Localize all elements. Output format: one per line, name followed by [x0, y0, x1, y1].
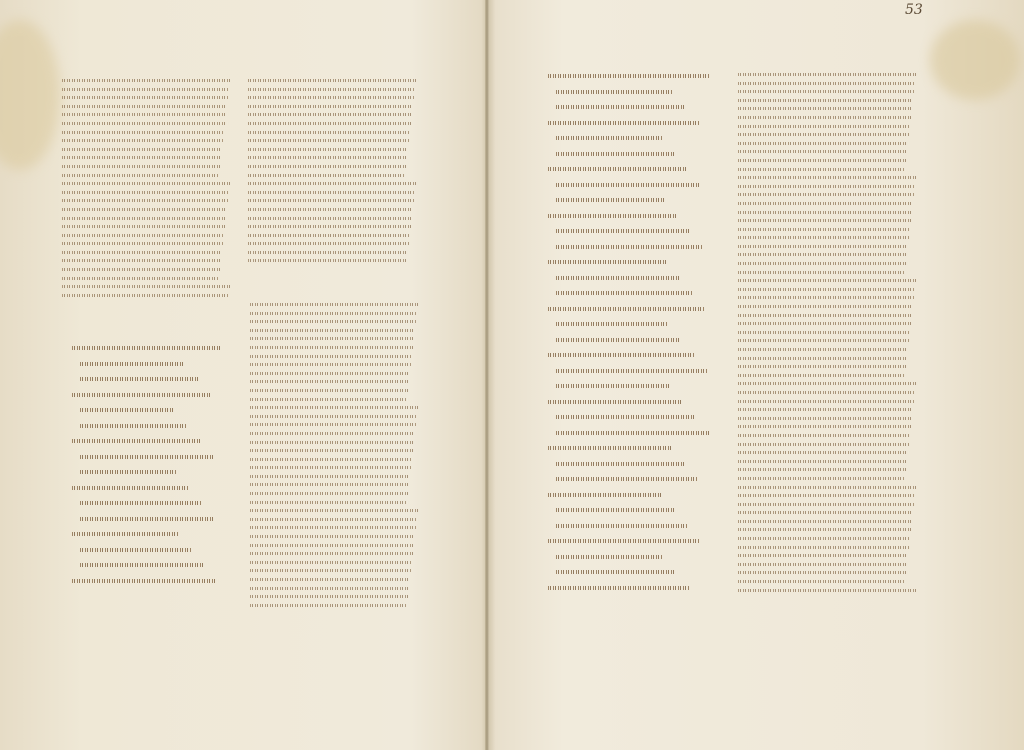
left-prose-top-right: [248, 76, 416, 266]
script-line: [738, 474, 916, 483]
left-verse: [72, 340, 232, 600]
script-line: [738, 156, 916, 165]
script-line: [250, 429, 418, 438]
script-line: [250, 463, 418, 472]
script-line: [738, 500, 916, 509]
script-line: [548, 254, 720, 270]
script-line: [738, 70, 916, 79]
script-line: [556, 378, 720, 394]
script-line: [62, 93, 230, 102]
stain-top-left: [0, 20, 60, 170]
script-line: [738, 268, 916, 277]
script-line: [62, 214, 230, 223]
script-line: [548, 208, 720, 224]
script-line: [62, 248, 230, 257]
script-line: [250, 532, 418, 541]
script-line: [250, 506, 418, 515]
script-line: [250, 549, 418, 558]
script-line: [556, 146, 720, 162]
script-line: [738, 147, 916, 156]
script-line: [250, 377, 418, 386]
script-line: [72, 573, 232, 589]
script-line: [250, 403, 418, 412]
script-line: [62, 102, 230, 111]
script-line: [556, 99, 720, 115]
script-line: [556, 316, 720, 332]
script-line: [556, 270, 720, 286]
script-line: [738, 534, 916, 543]
script-line: [556, 518, 720, 534]
script-line: [738, 259, 916, 268]
script-line: [80, 449, 232, 465]
script-line: [62, 145, 230, 154]
script-line: [738, 388, 916, 397]
script-line: [250, 412, 418, 421]
script-line: [738, 414, 916, 423]
script-line: [548, 440, 720, 456]
left-prose-bottom-right: [250, 300, 418, 610]
script-line: [738, 233, 916, 242]
script-line: [738, 465, 916, 474]
script-line: [556, 471, 720, 487]
script-line: [556, 192, 720, 208]
script-line: [738, 568, 916, 577]
script-line: [556, 502, 720, 518]
script-line: [80, 371, 232, 387]
script-line: [738, 586, 916, 595]
script-line: [248, 128, 416, 137]
script-line: [556, 223, 720, 239]
script-line: [72, 526, 232, 542]
script-line: [738, 517, 916, 526]
script-line: [738, 122, 916, 131]
script-line: [738, 225, 916, 234]
script-line: [738, 491, 916, 500]
script-line: [250, 438, 418, 447]
manuscript-spread: 53: [0, 0, 1024, 750]
script-line: [250, 601, 418, 610]
script-line: [738, 190, 916, 199]
script-line: [738, 208, 916, 217]
script-line: [556, 239, 720, 255]
script-line: [62, 179, 230, 188]
script-line: [248, 136, 416, 145]
script-line: [248, 110, 416, 119]
script-line: [250, 489, 418, 498]
script-line: [248, 153, 416, 162]
script-line: [738, 354, 916, 363]
script-line: [738, 508, 916, 517]
script-line: [248, 102, 416, 111]
script-line: [738, 302, 916, 311]
folio-number: 53: [905, 2, 923, 18]
script-line: [62, 265, 230, 274]
script-line: [248, 256, 416, 265]
script-line: [250, 386, 418, 395]
script-line: [62, 110, 230, 119]
script-line: [738, 96, 916, 105]
script-line: [556, 409, 720, 425]
script-line: [738, 285, 916, 294]
script-line: [738, 345, 916, 354]
script-line: [80, 356, 232, 372]
right-verse: [548, 68, 720, 603]
script-line: [738, 577, 916, 586]
script-line: [72, 480, 232, 496]
script-line: [738, 362, 916, 371]
script-line: [250, 334, 418, 343]
script-line: [62, 196, 230, 205]
script-line: [738, 319, 916, 328]
script-line: [548, 533, 720, 549]
script-line: [250, 352, 418, 361]
script-line: [250, 300, 418, 309]
script-line: [248, 248, 416, 257]
script-line: [738, 543, 916, 552]
script-line: [548, 115, 720, 131]
script-line: [62, 153, 230, 162]
script-line: [62, 222, 230, 231]
script-line: [248, 205, 416, 214]
script-line: [62, 136, 230, 145]
script-line: [62, 119, 230, 128]
script-line: [250, 541, 418, 550]
script-line: [248, 239, 416, 248]
script-line: [62, 282, 230, 291]
script-line: [248, 171, 416, 180]
script-line: [250, 455, 418, 464]
left-prose-top-left: [62, 76, 230, 301]
script-line: [62, 76, 230, 85]
script-line: [738, 422, 916, 431]
script-line: [556, 363, 720, 379]
script-line: [62, 274, 230, 283]
script-line: [556, 456, 720, 472]
script-line: [250, 584, 418, 593]
book-gutter: [485, 0, 489, 750]
script-line: [62, 205, 230, 214]
script-line: [738, 405, 916, 414]
script-line: [738, 311, 916, 320]
script-line: [62, 162, 230, 171]
script-line: [248, 231, 416, 240]
script-line: [250, 558, 418, 567]
script-line: [62, 231, 230, 240]
stain-top-right: [930, 20, 1020, 100]
script-line: [738, 165, 916, 174]
script-line: [80, 464, 232, 480]
script-line: [556, 84, 720, 100]
script-line: [248, 76, 416, 85]
script-line: [250, 360, 418, 369]
script-line: [738, 242, 916, 251]
script-line: [738, 216, 916, 225]
script-line: [248, 222, 416, 231]
script-line: [738, 525, 916, 534]
script-line: [250, 446, 418, 455]
script-line: [738, 457, 916, 466]
script-line: [556, 177, 720, 193]
script-line: [738, 104, 916, 113]
script-line: [738, 250, 916, 259]
script-line: [738, 379, 916, 388]
script-line: [556, 285, 720, 301]
script-line: [250, 575, 418, 584]
script-line: [738, 293, 916, 302]
script-line: [62, 239, 230, 248]
script-line: [548, 347, 720, 363]
script-line: [738, 483, 916, 492]
script-line: [548, 580, 720, 596]
script-line: [62, 171, 230, 180]
script-line: [738, 139, 916, 148]
script-line: [738, 182, 916, 191]
script-line: [250, 472, 418, 481]
script-line: [248, 145, 416, 154]
script-line: [248, 214, 416, 223]
script-line: [62, 85, 230, 94]
script-line: [738, 87, 916, 96]
script-line: [738, 397, 916, 406]
right-prose: [738, 70, 916, 595]
script-line: [738, 371, 916, 380]
script-line: [556, 332, 720, 348]
script-line: [738, 173, 916, 182]
script-line: [80, 511, 232, 527]
script-line: [250, 317, 418, 326]
script-line: [556, 564, 720, 580]
script-line: [250, 592, 418, 601]
script-line: [250, 498, 418, 507]
script-line: [556, 130, 720, 146]
script-line: [80, 557, 232, 573]
script-line: [62, 256, 230, 265]
script-line: [738, 199, 916, 208]
script-line: [548, 161, 720, 177]
script-line: [248, 85, 416, 94]
script-line: [72, 433, 232, 449]
script-line: [80, 495, 232, 511]
script-line: [248, 119, 416, 128]
script-line: [548, 301, 720, 317]
script-line: [250, 420, 418, 429]
script-line: [250, 326, 418, 335]
script-line: [62, 188, 230, 197]
script-line: [248, 179, 416, 188]
script-line: [250, 515, 418, 524]
script-line: [738, 130, 916, 139]
script-line: [548, 68, 720, 84]
script-line: [738, 113, 916, 122]
script-line: [250, 369, 418, 378]
script-line: [72, 340, 232, 356]
script-line: [738, 79, 916, 88]
script-line: [62, 291, 230, 300]
script-line: [738, 431, 916, 440]
script-line: [738, 336, 916, 345]
script-line: [738, 276, 916, 285]
script-line: [248, 188, 416, 197]
script-line: [80, 542, 232, 558]
script-line: [738, 448, 916, 457]
script-line: [738, 551, 916, 560]
script-line: [556, 425, 720, 441]
script-line: [80, 402, 232, 418]
script-line: [62, 128, 230, 137]
script-line: [248, 162, 416, 171]
script-line: [548, 487, 720, 503]
script-line: [738, 440, 916, 449]
script-line: [738, 560, 916, 569]
script-line: [72, 387, 232, 403]
script-line: [250, 566, 418, 575]
script-line: [250, 523, 418, 532]
script-line: [250, 309, 418, 318]
script-line: [548, 394, 720, 410]
script-line: [738, 328, 916, 337]
script-line: [80, 418, 232, 434]
script-line: [248, 196, 416, 205]
script-line: [556, 549, 720, 565]
script-line: [248, 93, 416, 102]
script-line: [250, 343, 418, 352]
script-line: [250, 480, 418, 489]
script-line: [250, 395, 418, 404]
